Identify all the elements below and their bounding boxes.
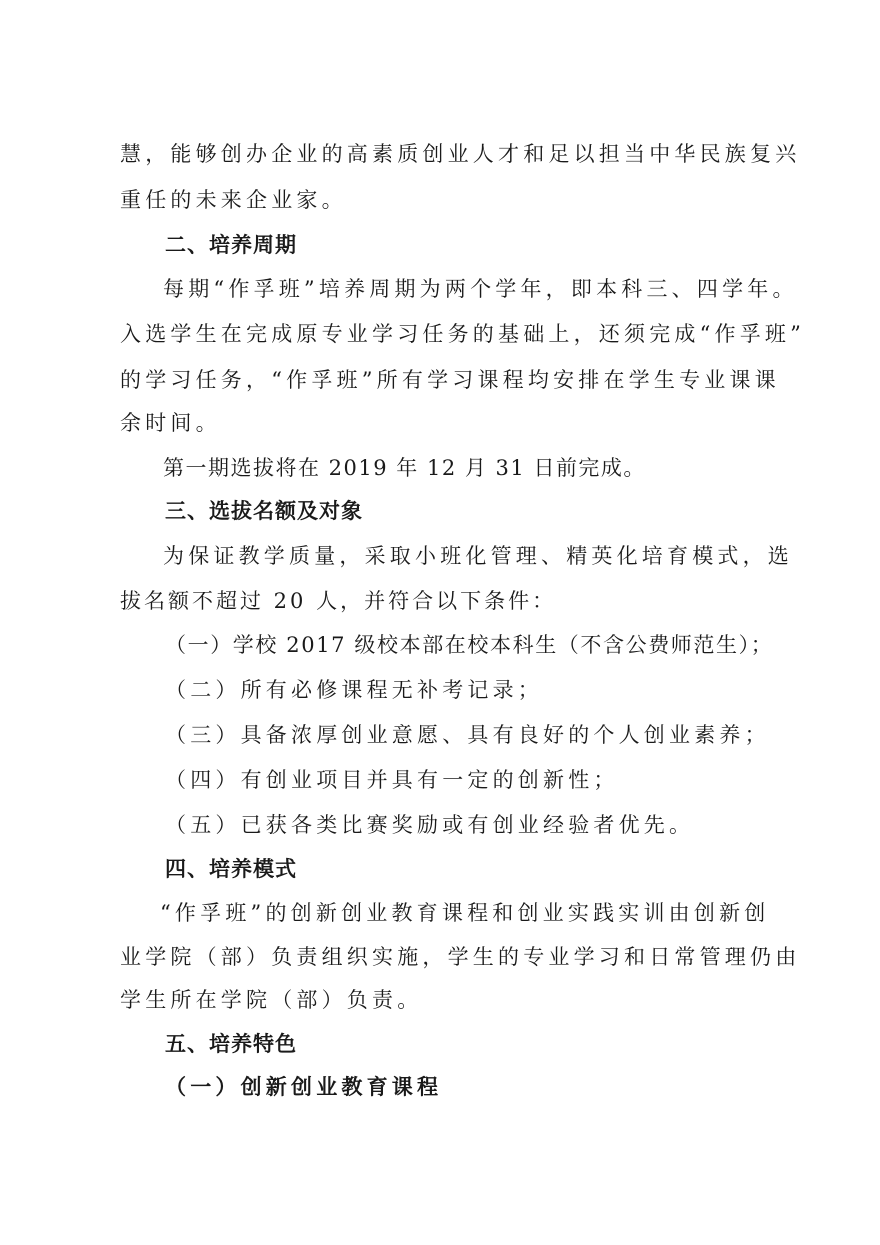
paragraph-line: 每期“作孚班”培养周期为两个学年，即本科三、四学年。	[163, 275, 760, 303]
paragraph-line: 慧，能够创办企业的高素质创业人才和足以担当中华民族复兴	[120, 140, 760, 168]
paragraph-line: 第一期选拔将在 2019 年 12 月 31 日前完成。	[163, 454, 760, 482]
paragraph-line: 为保证教学质量，采取小班化管理、精英化培育模式，选	[163, 542, 760, 570]
section-heading: 五、培养特色	[165, 1030, 805, 1058]
paragraph-line: 重任的未来企业家。	[120, 186, 760, 214]
list-item: （四）有创业项目并具有一定的创新性；	[165, 766, 805, 794]
paragraph-line: 入选学生在完成原专业学习任务的基础上，还须完成“作孚班”	[120, 320, 760, 348]
paragraph-line: 余时间。	[120, 409, 760, 437]
section-heading: 四、培养模式	[165, 855, 805, 883]
list-item: （二）所有必修课程无补考记录；	[165, 676, 805, 704]
sub-heading: （一）创新创业教育课程	[165, 1073, 805, 1101]
section-heading: 三、选拔名额及对象	[165, 497, 805, 525]
paragraph-line: 学生所在学院（部）负责。	[120, 986, 760, 1014]
list-item: （五）已获各类比赛奖励或有创业经验者优先。	[165, 811, 805, 839]
document-page: 慧，能够创办企业的高素质创业人才和足以担当中华民族复兴 重任的未来企业家。 二、…	[0, 0, 880, 1245]
paragraph-line: “作孚班”的创新创业教育课程和创业实践实训由创新创	[160, 899, 760, 927]
paragraph-line: 的学习任务，“作孚班”所有学习课程均安排在学生专业课课	[120, 366, 760, 394]
list-item: （三）具备浓厚创业意愿、具有良好的个人创业素养；	[165, 721, 805, 749]
section-heading: 二、培养周期	[165, 231, 805, 259]
list-item: （一）学校 2017 级校本部在校本科生（不含公费师范生）；	[165, 631, 805, 659]
paragraph-line: 拔名额不超过 20 人，并符合以下条件：	[120, 587, 760, 615]
paragraph-line: 业学院（部）负责组织实施，学生的专业学习和日常管理仍由	[120, 943, 760, 971]
